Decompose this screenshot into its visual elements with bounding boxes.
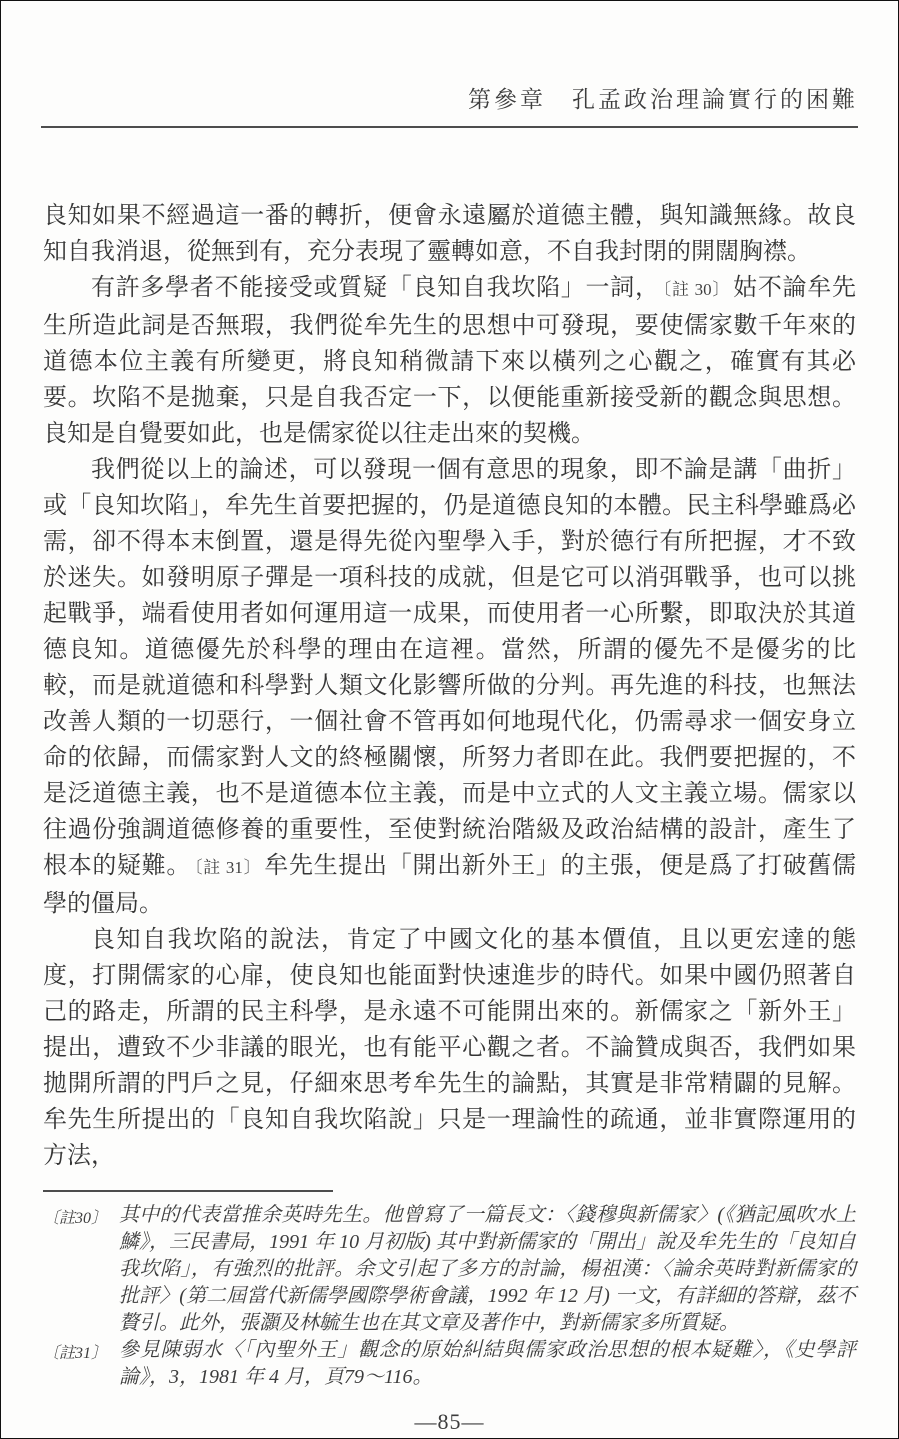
paragraph-3: 我們從以上的論述，可以發現一個有意思的現象，即不論是講「曲折」或「良知坎陷」，牟…	[43, 452, 856, 922]
footnote-30-label: 〔註30〕	[43, 1202, 119, 1232]
footnote-30-text: 其中的代表當推余英時先生。他曾寫了一篇長文：〈錢穆與新儒家〉(《猶記風吹水上鱗》…	[119, 1202, 856, 1337]
paragraph-4: 良知自我坎陷的說法，肯定了中國文化的基本價值，且以更宏達的態度，打開儒家的心扉，…	[43, 922, 856, 1174]
footnote-separator	[43, 1190, 333, 1192]
body-text: 良知如果不經過這一番的轉折，便會永遠屬於道德主體，與知識無緣。故良知自我消退，從…	[43, 198, 856, 1174]
page: 第參章 孔孟政治理論實行的困難 良知如果不經過這一番的轉折，便會永遠屬於道德主體…	[0, 0, 899, 1439]
paragraph-3-text: 我們從以上的論述，可以發現一個有意思的現象，即不論是講「曲折」或「良知坎陷」，牟…	[43, 457, 856, 879]
footnote-31: 〔註31〕 參見陳弱水〈「內聖外王」觀念的原始糾結與儒家政治思想的根本疑難〉，《…	[43, 1337, 856, 1391]
chapter-header: 第參章 孔孟政治理論實行的困難	[1, 1, 898, 114]
note-ref-30: 〔註 30〕	[660, 280, 733, 299]
paragraph-2: 有許多學者不能接受或質疑「良知自我坎陷」一詞，〔註 30〕姑不論牟先生所造此詞是…	[43, 270, 856, 452]
chapter-title: 第參章 孔孟政治理論實行的困難	[468, 81, 858, 114]
page-number: —85—	[1, 1409, 898, 1435]
footnote-30: 〔註30〕 其中的代表當推余英時先生。他曾寫了一篇長文：〈錢穆與新儒家〉(《猶記…	[43, 1202, 856, 1337]
header-rule	[41, 126, 858, 128]
footnote-31-text: 參見陳弱水〈「內聖外王」觀念的原始糾結與儒家政治思想的根本疑難〉，《史學評論》，…	[119, 1337, 856, 1391]
footnotes-section: 〔註30〕 其中的代表當推余英時先生。他曾寫了一篇長文：〈錢穆與新儒家〉(《猶記…	[43, 1202, 856, 1391]
paragraph-1: 良知如果不經過這一番的轉折，便會永遠屬於道德主體，與知識無緣。故良知自我消退，從…	[43, 198, 856, 270]
footnote-31-label: 〔註31〕	[43, 1337, 119, 1367]
paragraph-2-text: 有許多學者不能接受或質疑「良知自我坎陷」一詞，	[91, 275, 660, 301]
note-ref-31: 〔註 31〕	[191, 858, 264, 877]
